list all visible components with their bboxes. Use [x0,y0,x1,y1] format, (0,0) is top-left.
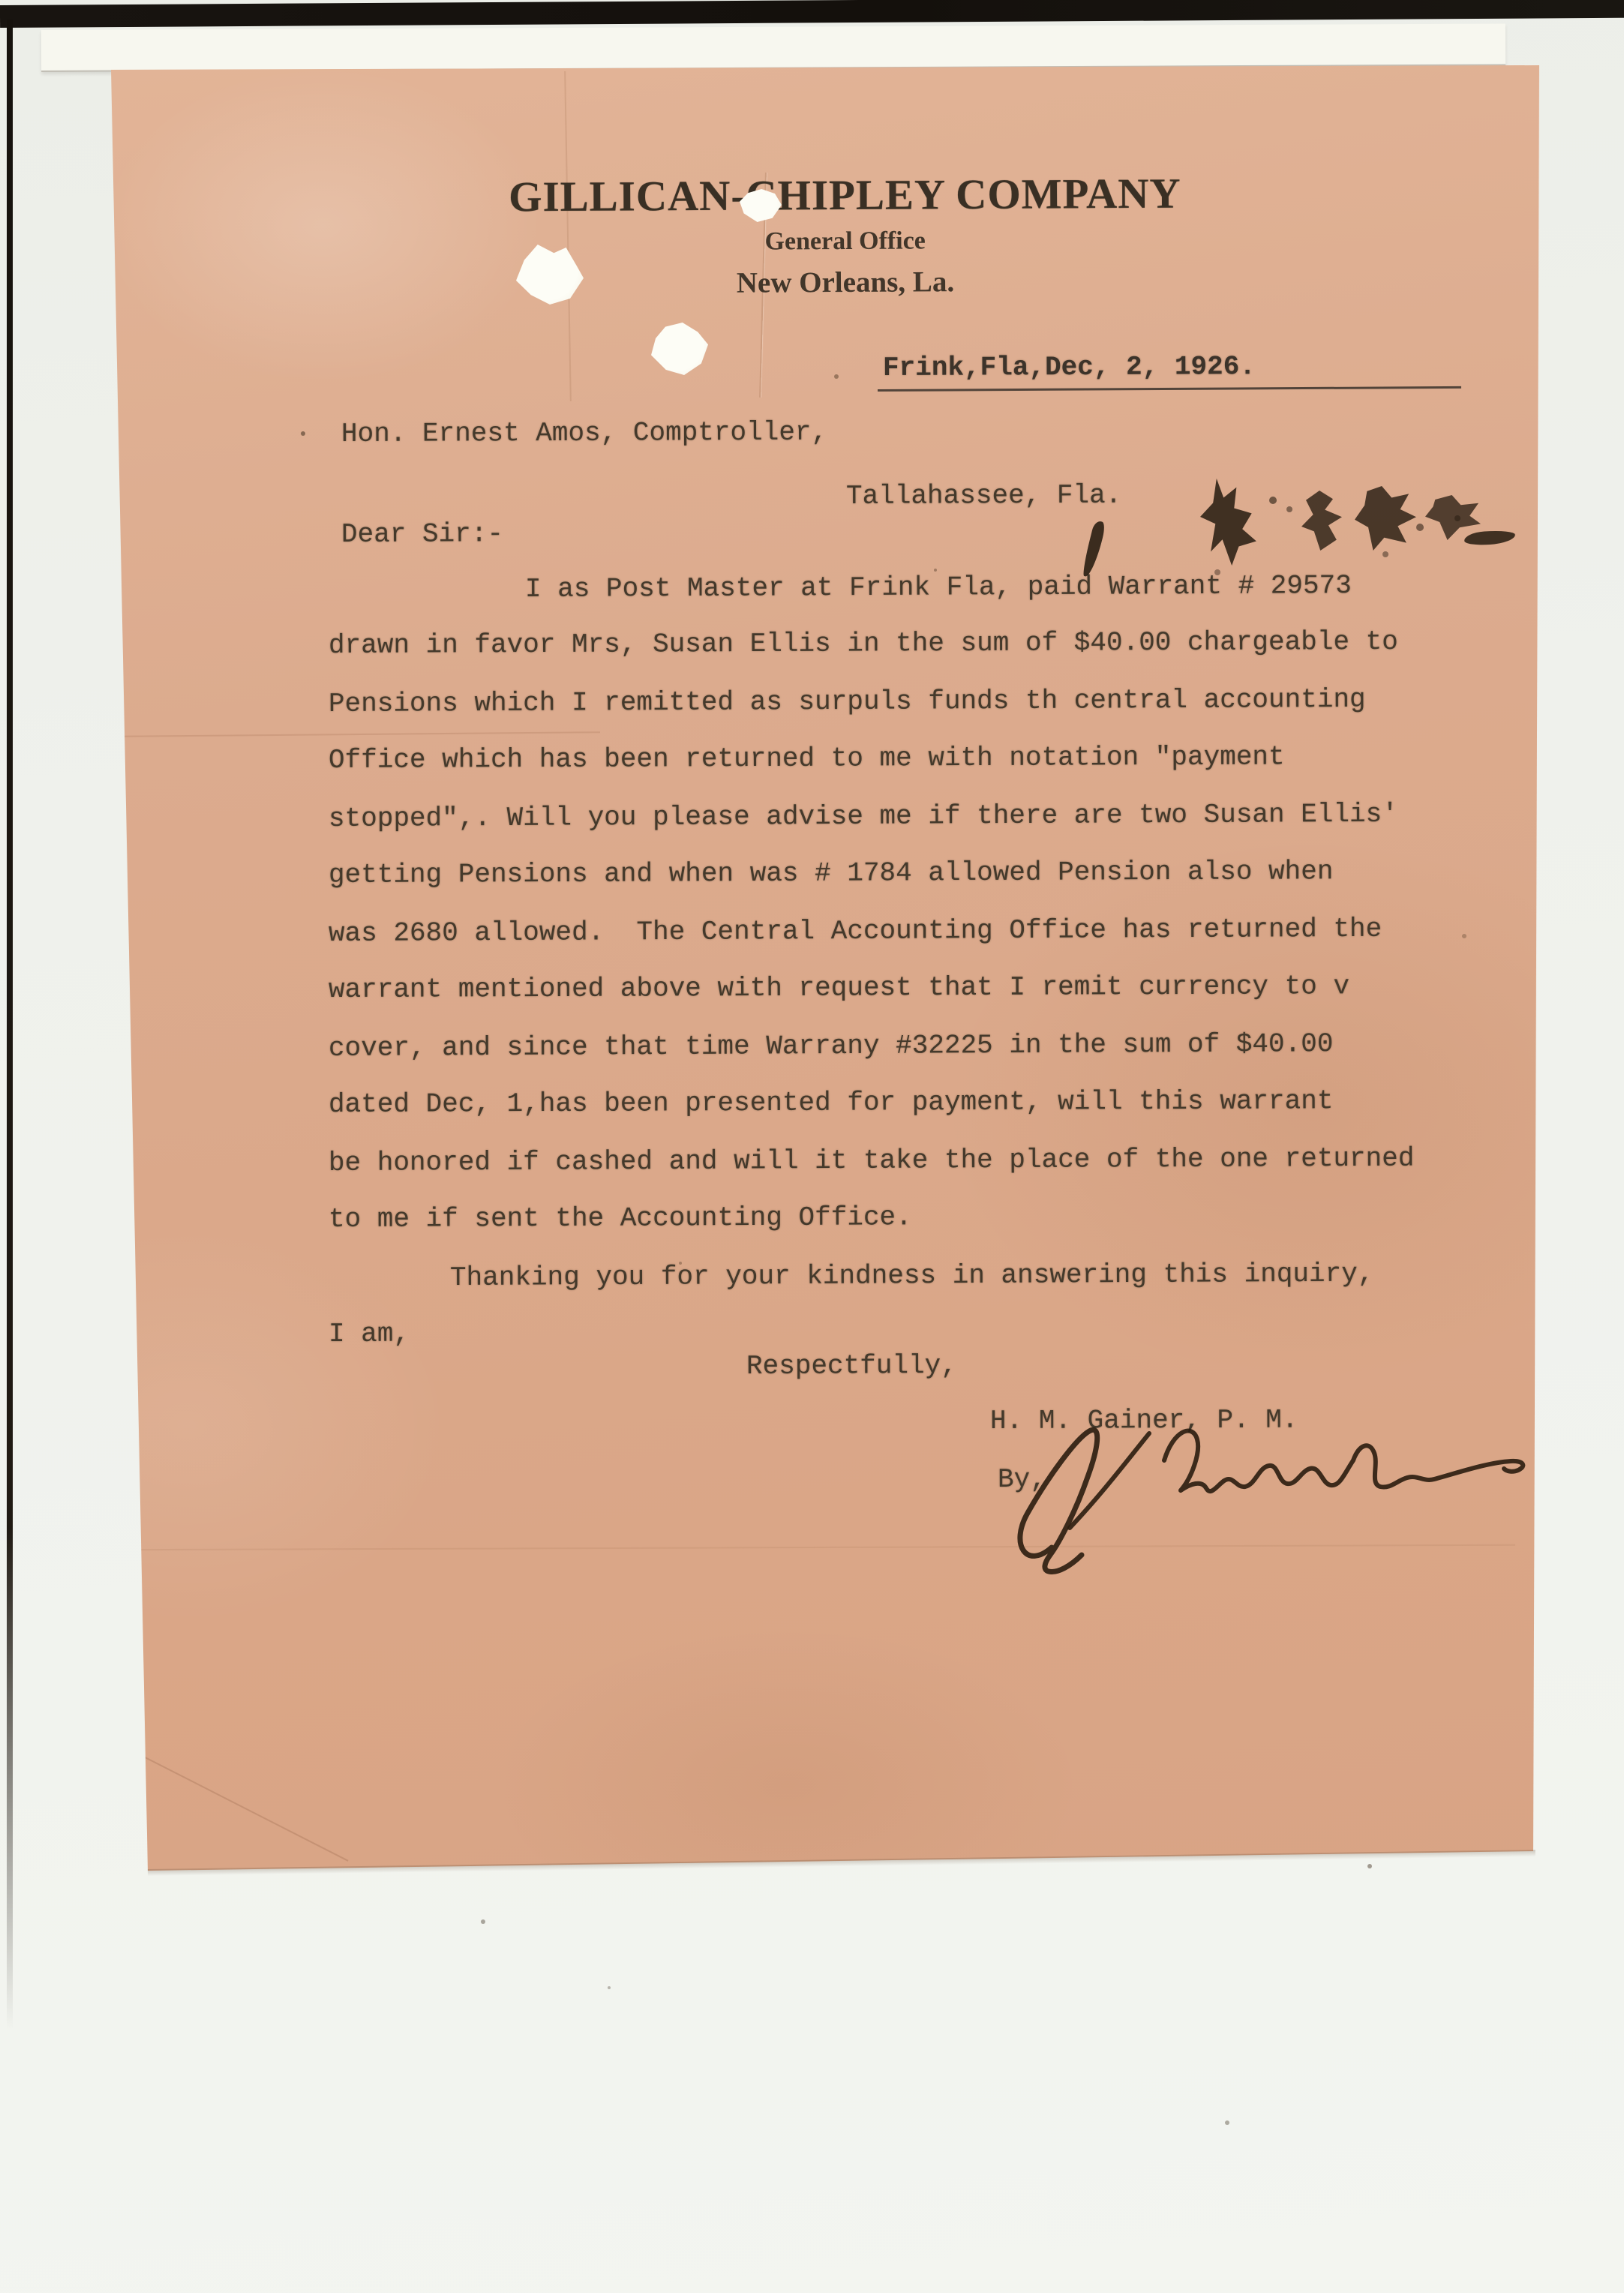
paper-crease [128,1748,349,1862]
salutation: Dear Sir:- [341,518,503,550]
ink-smudge [1301,491,1346,551]
ink-smudge [1081,520,1106,578]
letter-paper: GILLICAN-CHIPLEY COMPANY General Office … [0,0,1624,2293]
body-line: drawn in favor Mrs, Susan Ellis in the s… [329,626,1398,661]
office-line: General Office [129,224,1562,260]
paper-crease [120,731,600,737]
body-line: was 2680 allowed. The Central Accounting… [329,914,1382,949]
body-line: cover, and since that time Warrany #3222… [329,1028,1334,1064]
ink-smudge [1200,479,1259,566]
ink-smudge [1355,486,1416,551]
recipient-line-2: Tallahassee, Fla. [846,480,1121,512]
date-line: Frink,Fla,Dec, 2, 1926. [883,351,1256,383]
dust-specks [0,0,3,3]
body-line: Pensions which I remitted as surpuls fun… [329,684,1366,719]
scanner-white-strip [41,23,1505,72]
body-line: be honored if cashed and will it take th… [329,1143,1415,1178]
body-line: Thanking you for your kindness in answer… [450,1259,1374,1293]
body-line: warrant mentioned above with request tha… [329,971,1349,1005]
body-line: getting Pensions and when was # 1784 all… [329,856,1334,890]
body-line: stopped",. Will you please advise me if … [329,799,1398,834]
body-line: I am, [329,1319,410,1349]
body-line: to me if sent the Accounting Office. [329,1202,912,1235]
city-line: New Orleans, La. [129,262,1562,303]
scanned-letter-page: GILLICAN-CHIPLEY COMPANY General Office … [0,0,1624,2293]
signature-scrawl [1005,1414,1530,1579]
body-line: Office which has been returned to me wit… [329,742,1285,776]
ink-smudge [1463,530,1515,547]
company-name: GILLICAN-CHIPLEY COMPANY [128,167,1561,224]
body-line: I as Post Master at Frink Fla, paid Warr… [525,570,1352,605]
closing-respectfully: Respectfully, [746,1350,957,1382]
recipient-line-1: Hon. Ernest Amos, Comptroller, [341,417,827,449]
date-underline [878,386,1461,392]
scanner-edge-left [7,20,13,2030]
body-line: dated Dec, 1,has been presented for paym… [329,1085,1334,1120]
